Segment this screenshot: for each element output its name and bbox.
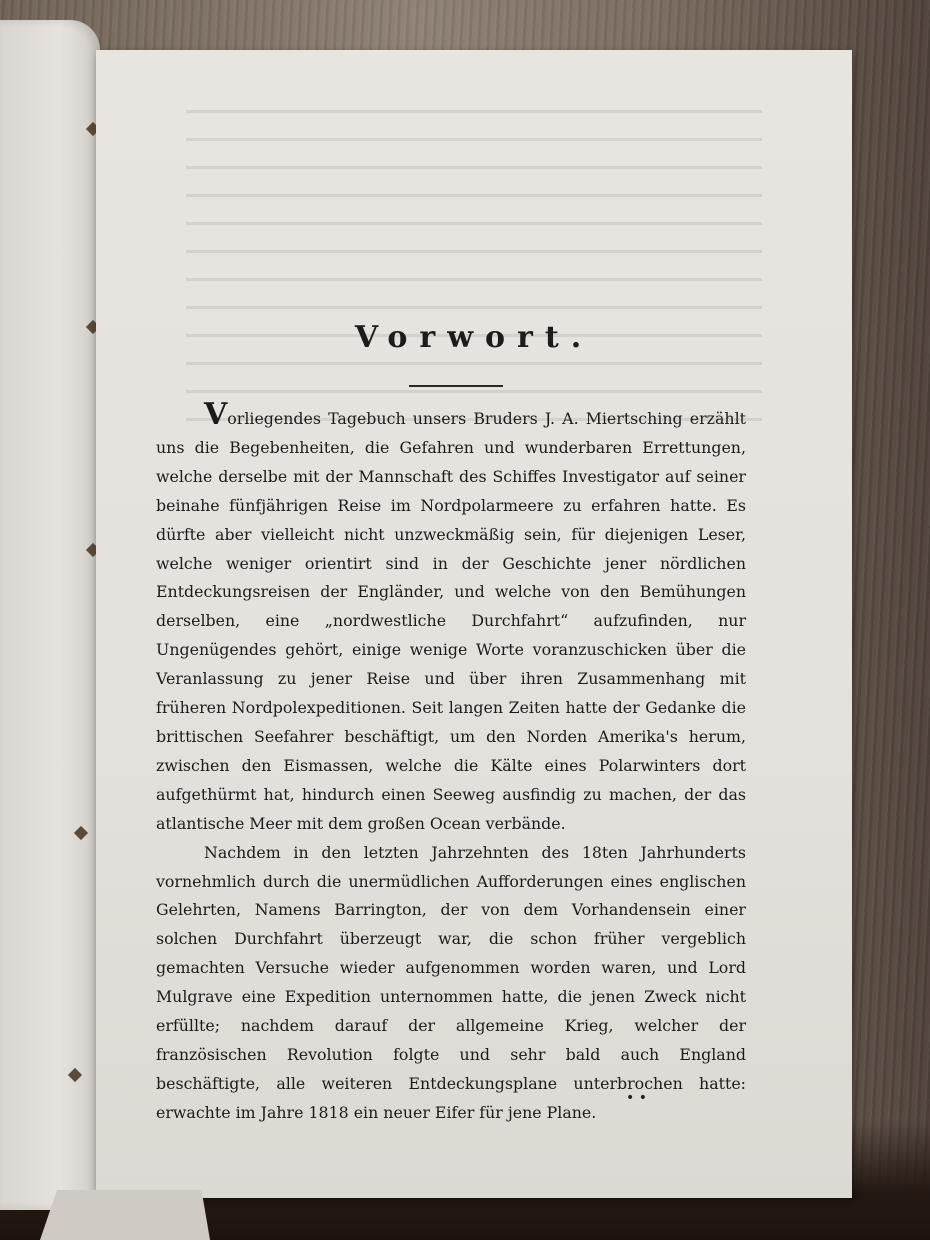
right-page: Vorwort. Vorliegendes Tagebuch unsers Br… [96,50,852,1198]
drop-cap: V [204,397,227,432]
paragraph-1: Vorliegendes Tagebuch unsers Bruders J. … [156,400,746,839]
paper-scrap [40,1190,210,1240]
signature-mark: • • [626,1090,647,1106]
page-title: Vorwort. [96,320,852,355]
paragraph-2-text: Nachdem in den letzten Jahrzehnten des 1… [156,843,746,1122]
body-text: Vorliegendes Tagebuch unsers Bruders J. … [156,400,746,1128]
show-through-text [186,110,762,440]
paragraph-2: Nachdem in den letzten Jahrzehnten des 1… [156,839,746,1128]
title-divider [409,385,503,387]
paragraph-1-text: orliegendes Tagebuch unsers Bruders J. A… [156,409,746,833]
left-page [0,20,100,1210]
